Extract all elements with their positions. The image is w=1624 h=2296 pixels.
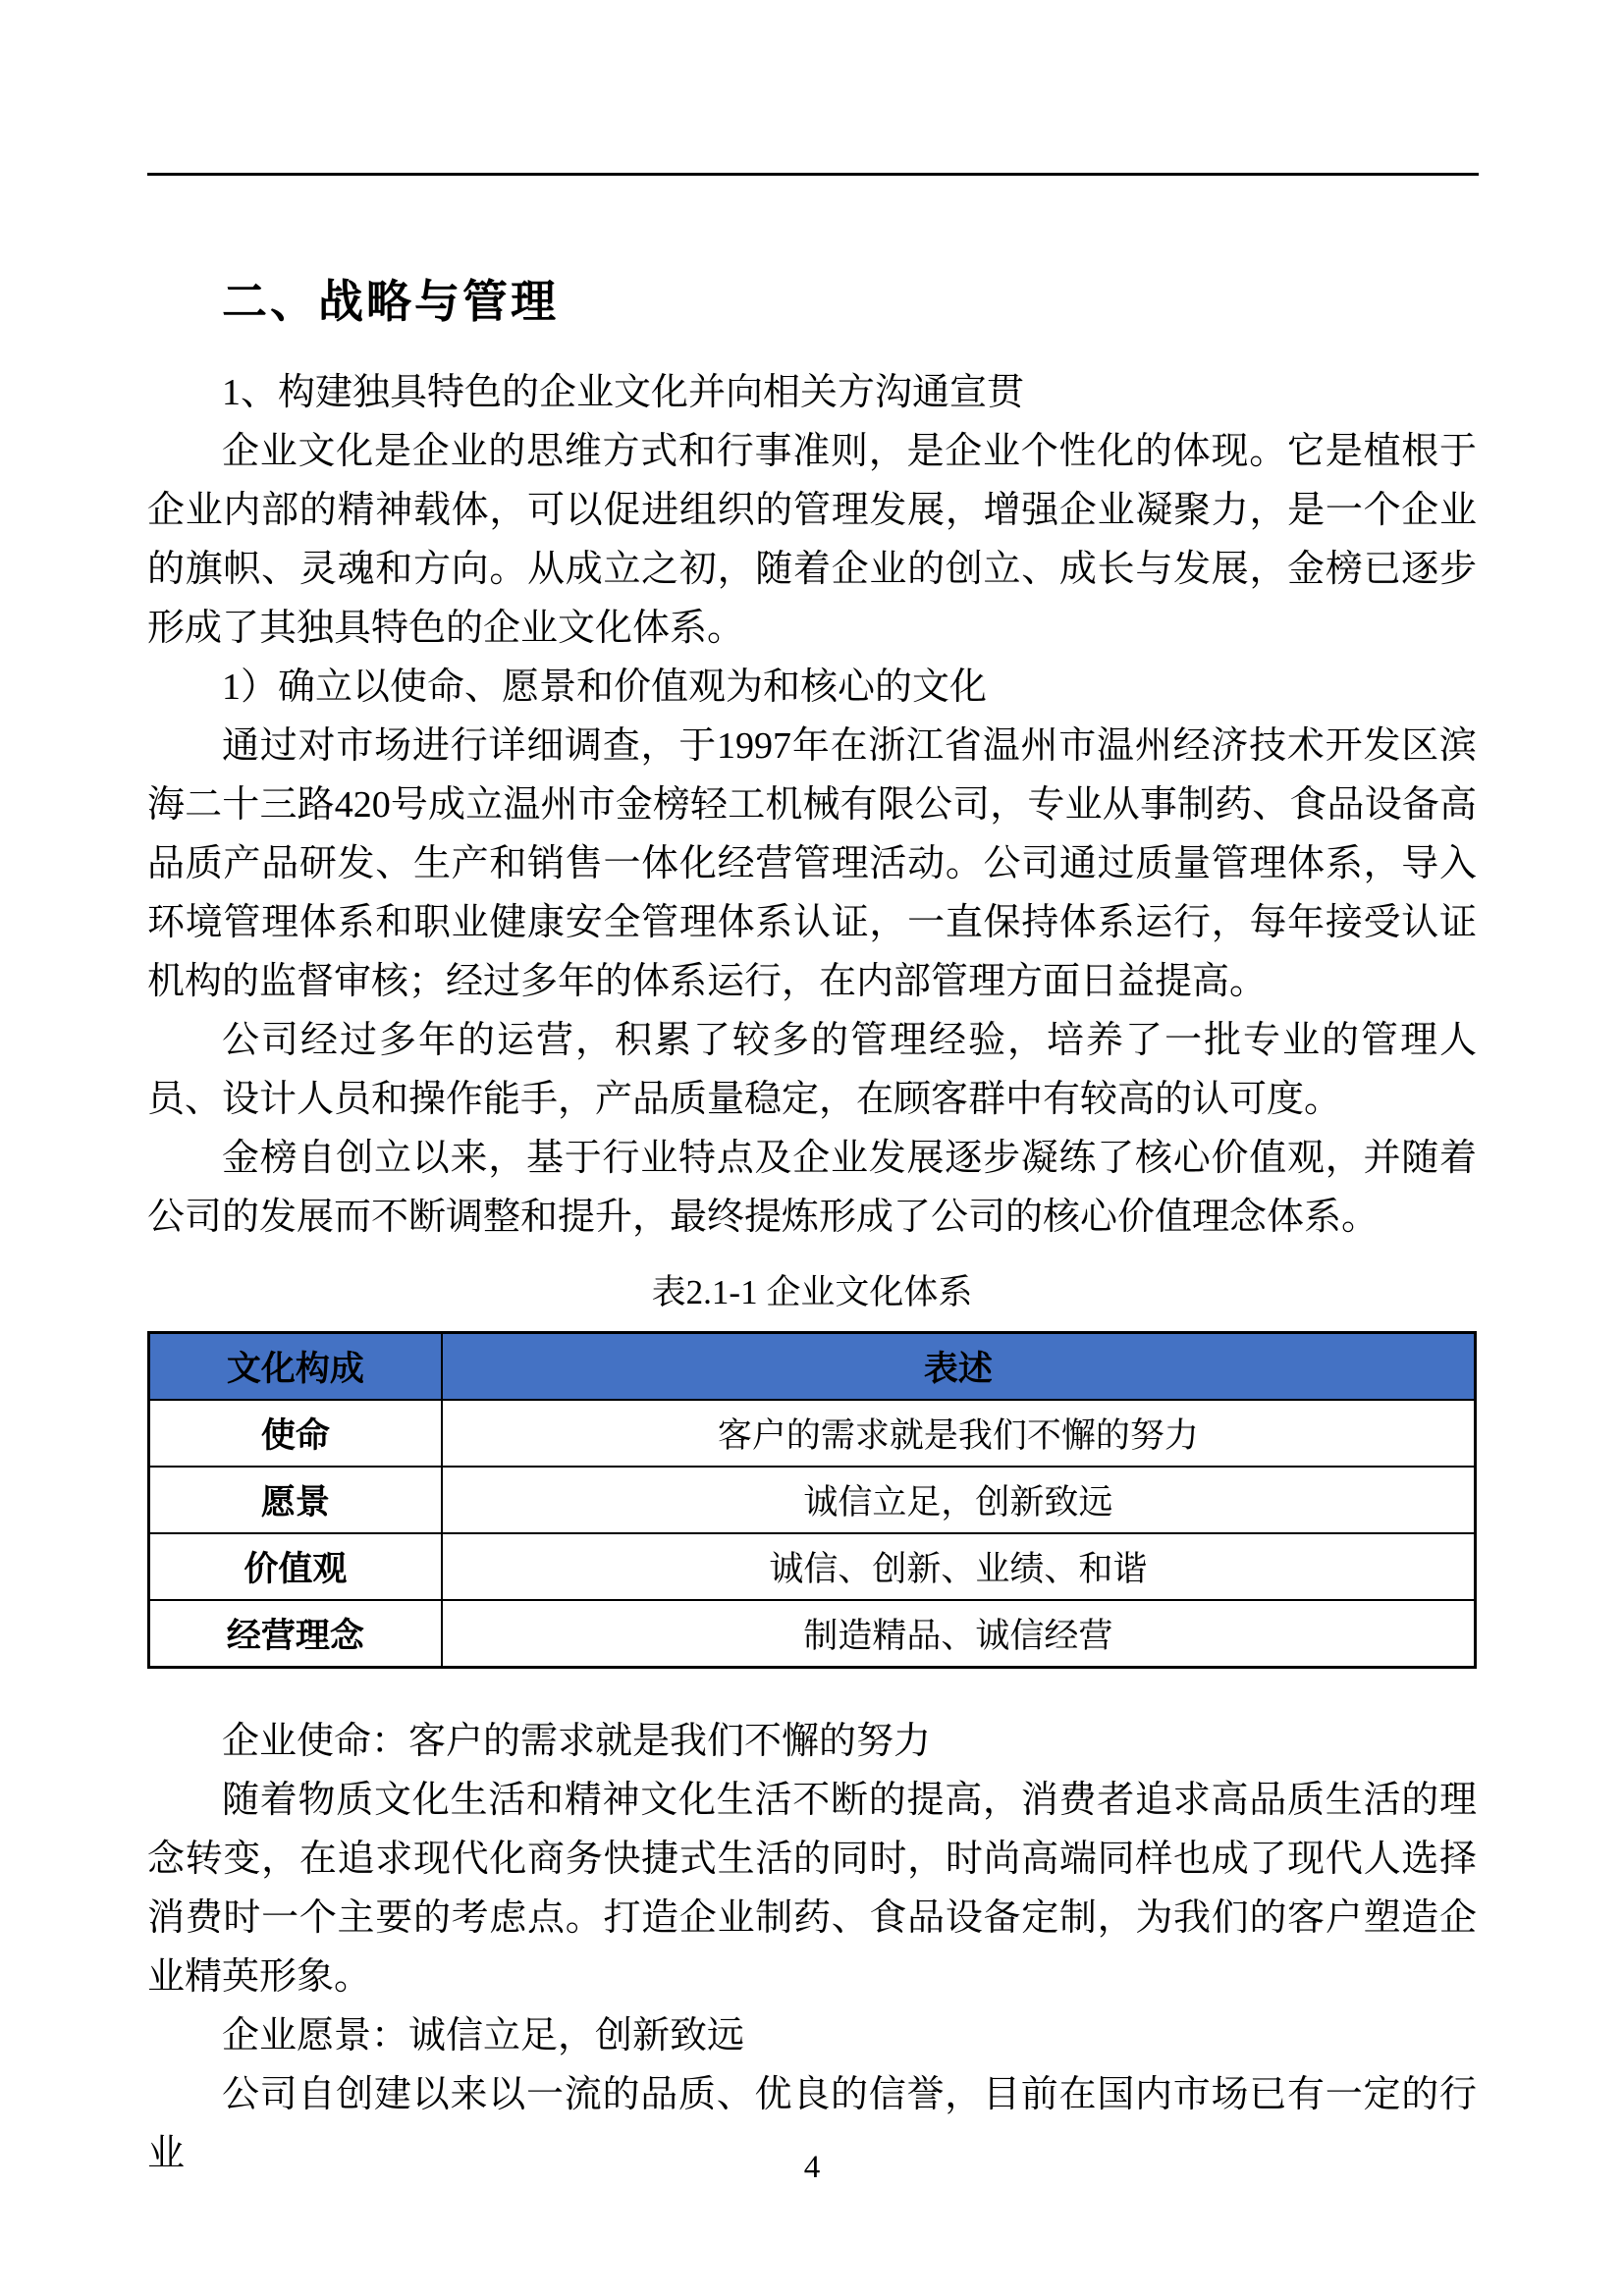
paragraph: 企业愿景：诚信立足，创新致远 <box>147 2006 1477 2065</box>
row-label-cell: 使命 <box>149 1400 442 1467</box>
paragraph: 企业文化是企业的思维方式和行事准则，是企业个性化的体现。它是植根于企业内部的精神… <box>147 422 1477 658</box>
row-desc-cell: 制造精品、诚信经营 <box>442 1600 1476 1668</box>
paragraph: 公司经过多年的运营，积累了较多的管理经验，培养了一批专业的管理人员、设计人员和操… <box>147 1011 1477 1129</box>
row-desc-cell: 客户的需求就是我们不懈的努力 <box>442 1400 1476 1467</box>
culture-table: 文化构成 表述 使命客户的需求就是我们不懈的努力愿景诚信立足，创新致远价值观诚信… <box>147 1331 1477 1669</box>
paragraph: 通过对市场进行详细调查，于1997年在浙江省温州市温州经济技术开发区滨海二十三路… <box>147 717 1477 1011</box>
row-label-cell: 愿景 <box>149 1467 442 1533</box>
section-title: 二、战略与管理 <box>147 273 1477 330</box>
paragraph-group-after-table: 企业使命：客户的需求就是我们不懈的努力随着物质文化生活和精神文化生活不断的提高，… <box>147 1712 1477 2183</box>
table-row: 使命客户的需求就是我们不懈的努力 <box>149 1400 1476 1467</box>
header-rule <box>147 173 1479 176</box>
paragraph-group-before-table: 1、构建独具特色的企业文化并向相关方沟通宣贯企业文化是企业的思维方式和行事准则，… <box>147 363 1477 1247</box>
row-desc-cell: 诚信立足，创新致远 <box>442 1467 1476 1533</box>
table-caption: 表2.1-1 企业文化体系 <box>147 1270 1477 1315</box>
table-header-cell-category: 文化构成 <box>149 1333 442 1401</box>
table-row: 愿景诚信立足，创新致远 <box>149 1467 1476 1533</box>
document-page: 二、战略与管理 1、构建独具特色的企业文化并向相关方沟通宣贯企业文化是企业的思维… <box>0 0 1624 2296</box>
paragraph: 1、构建独具特色的企业文化并向相关方沟通宣贯 <box>147 363 1477 422</box>
table-body: 使命客户的需求就是我们不懈的努力愿景诚信立足，创新致远价值观诚信、创新、业绩、和… <box>149 1400 1476 1668</box>
paragraph: 金榜自创立以来，基于行业特点及企业发展逐步凝练了核心价值观，并随着公司的发展而不… <box>147 1129 1477 1247</box>
paragraph: 企业使命：客户的需求就是我们不懈的努力 <box>147 1712 1477 1771</box>
table-header-row: 文化构成 表述 <box>149 1333 1476 1401</box>
page-number: 4 <box>0 2150 1624 2186</box>
table-head: 文化构成 表述 <box>149 1333 1476 1401</box>
table-row: 价值观诚信、创新、业绩、和谐 <box>149 1533 1476 1600</box>
row-label-cell: 经营理念 <box>149 1600 442 1668</box>
table-header-cell-description: 表述 <box>442 1333 1476 1401</box>
row-label-cell: 价值观 <box>149 1533 442 1600</box>
paragraph: 随着物质文化生活和精神文化生活不断的提高，消费者追求高品质生活的理念转变，在追求… <box>147 1771 1477 2006</box>
paragraph: 1）确立以使命、愿景和价值观为和核心的文化 <box>147 658 1477 717</box>
document-content: 二、战略与管理 1、构建独具特色的企业文化并向相关方沟通宣贯企业文化是企业的思维… <box>147 273 1477 2183</box>
table-row: 经营理念制造精品、诚信经营 <box>149 1600 1476 1668</box>
row-desc-cell: 诚信、创新、业绩、和谐 <box>442 1533 1476 1600</box>
